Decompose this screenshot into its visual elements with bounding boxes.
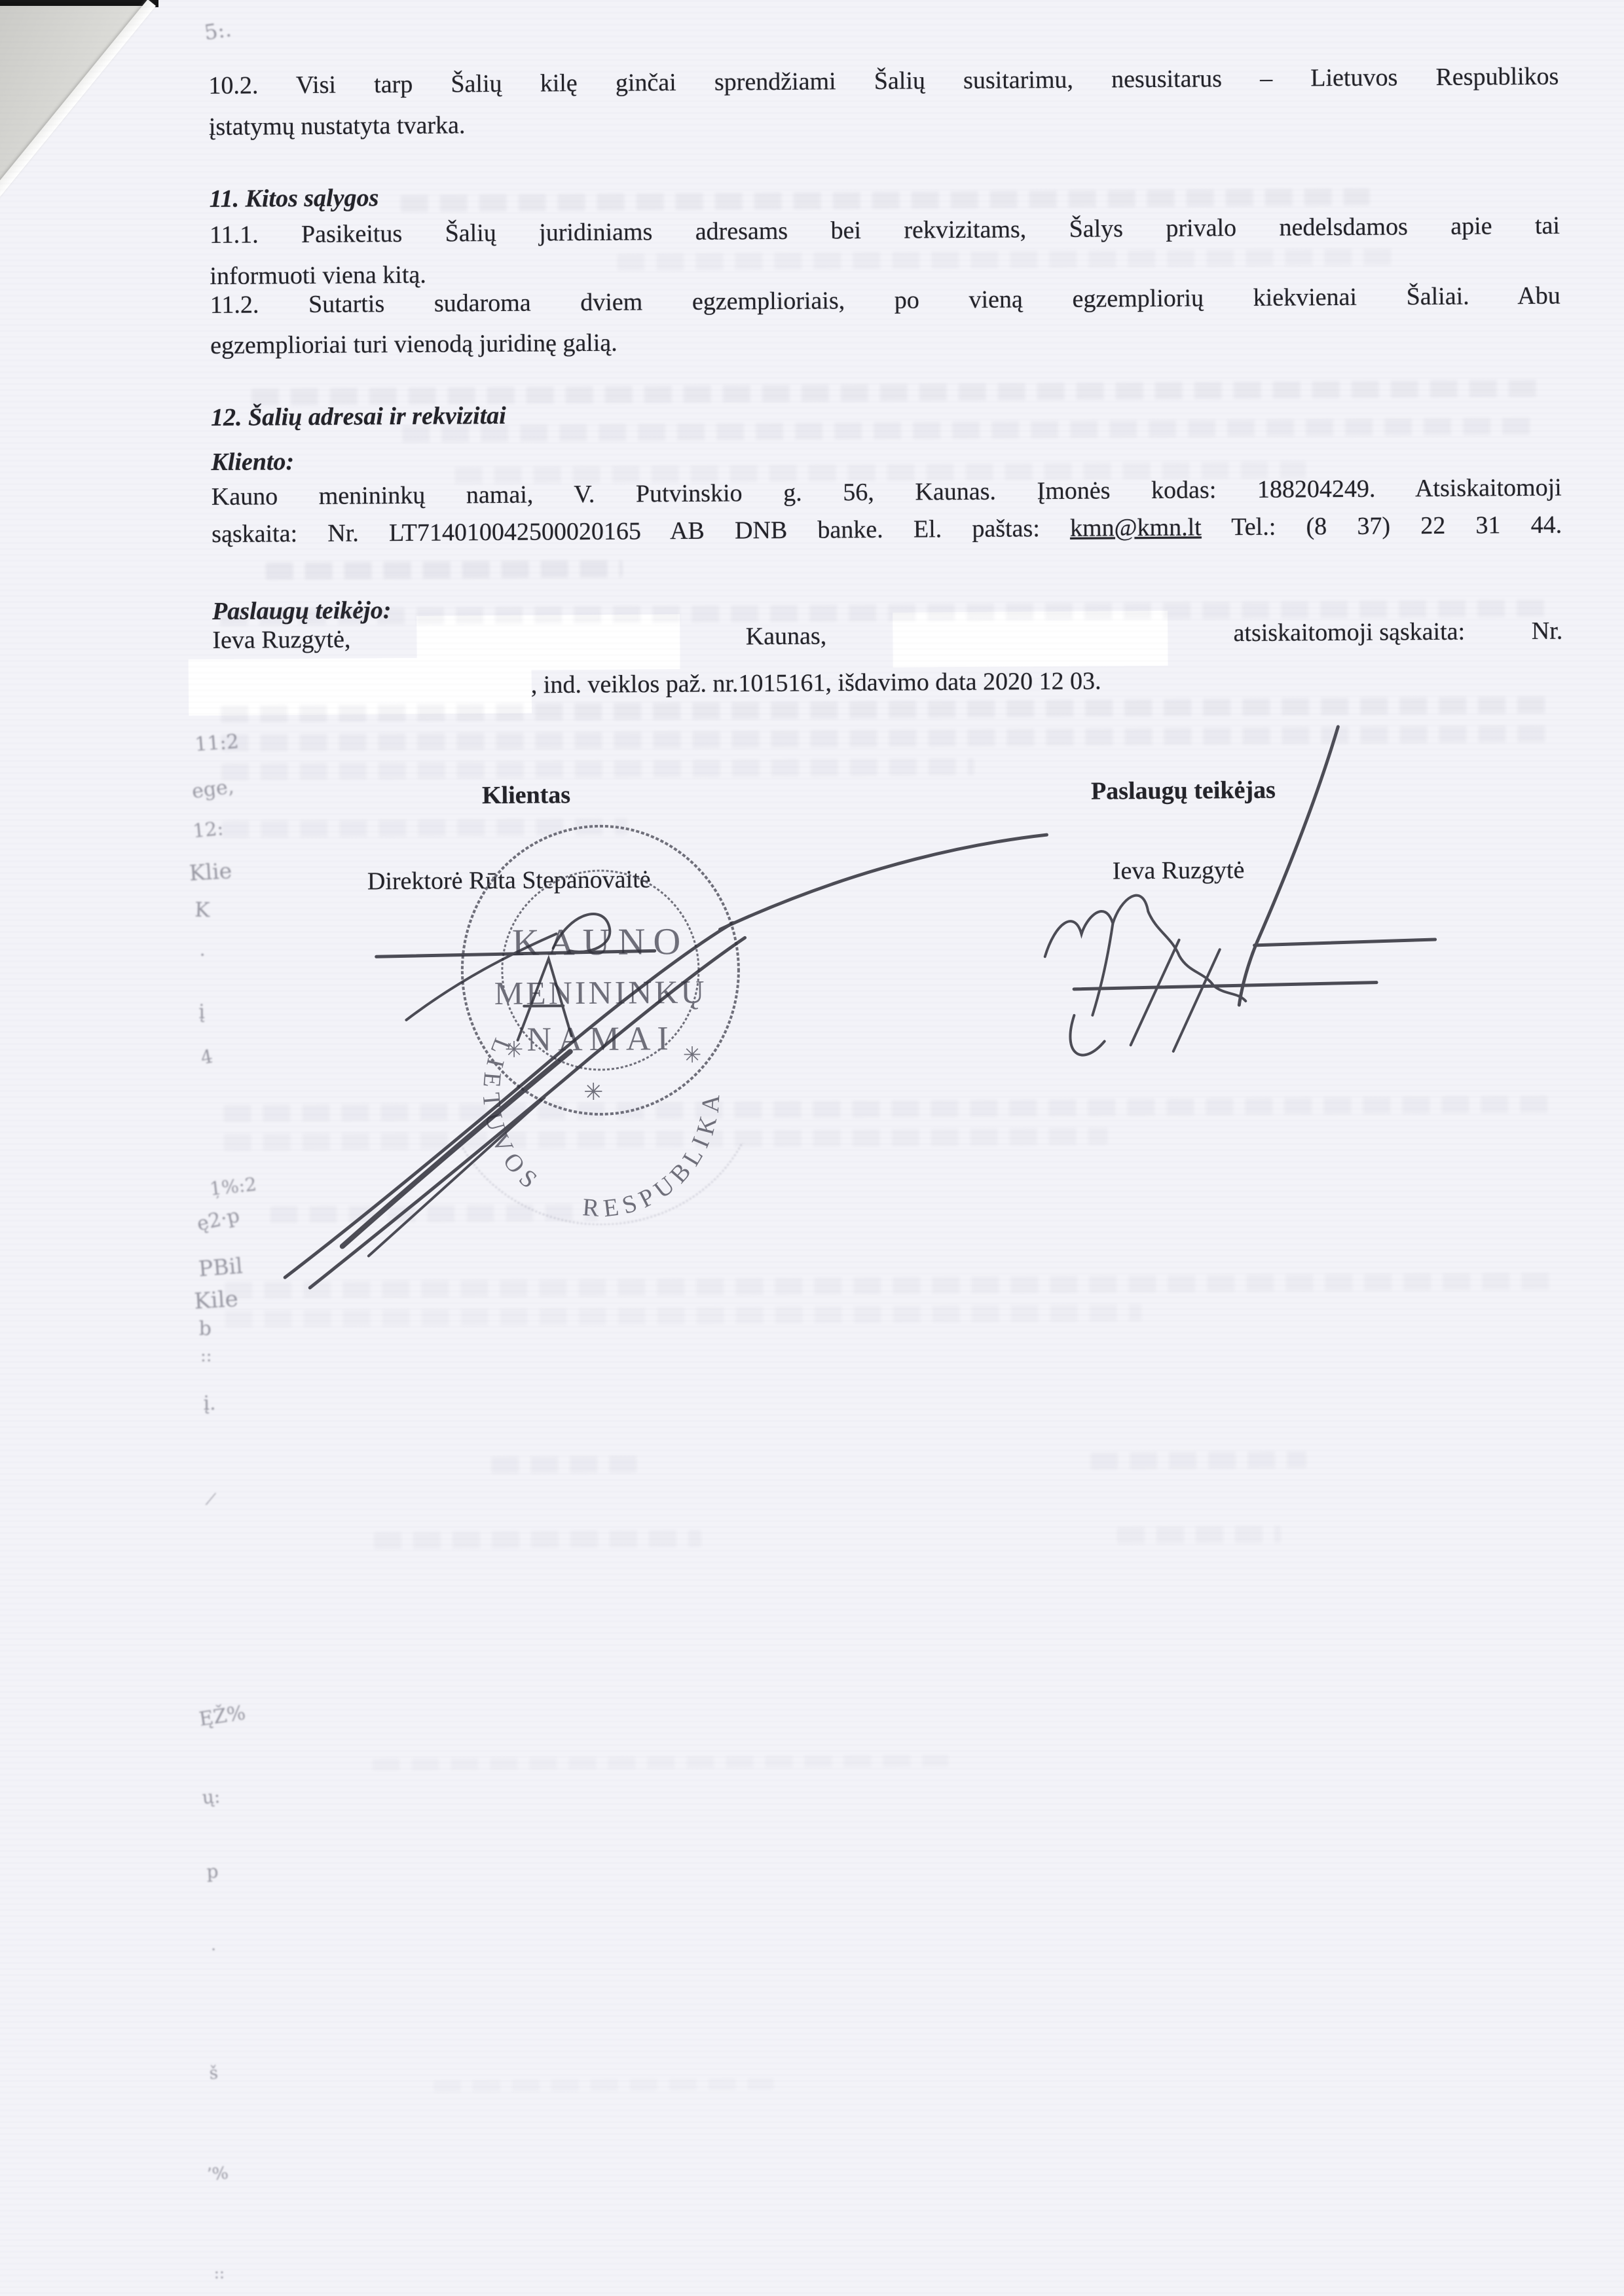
ink-offset-fragment: Kile: [193, 1286, 239, 1315]
bleed-through-text: [434, 2078, 774, 2092]
ink-offset-fragment: b: [199, 1317, 212, 1340]
bleed-through-text: [374, 1530, 701, 1549]
ink-offset-fragment: š: [209, 2064, 219, 2084]
bleed-through-text: [1117, 1526, 1281, 1544]
ink-offset-fragment: ::: [214, 2264, 225, 2282]
ink-offset-fragment: p: [206, 1861, 219, 1883]
ink-offset-fragment: Klie: [189, 858, 232, 886]
stamp-separator-left-icon: ✳: [505, 1038, 524, 1063]
ink-offset-fragment: K: [194, 898, 210, 922]
ink-offset-fragment: ::: [200, 1346, 212, 1366]
ink-offset-fragment: 12:: [192, 817, 225, 842]
bleed-through-text: [491, 1455, 648, 1474]
ink-offset-fragment: PBil: [198, 1252, 244, 1281]
bleed-through-text: [1090, 1451, 1306, 1469]
document-content: 10.2. Visi tarp Šalių kilę ginčai sprend…: [0, 0, 1624, 2296]
ink-offset-fragment: ʼ%: [206, 2163, 229, 2185]
bleed-through-text: [266, 560, 623, 580]
ink-offset-fragment: į: [198, 1000, 205, 1023]
stamp-separator-right-icon: ✳: [683, 1044, 702, 1068]
ink-offset-fragment: ·: [211, 1941, 216, 1959]
bleed-through-text: [221, 818, 627, 838]
ink-offset-fragment: ·: [200, 944, 206, 966]
stamp-separator-bottom-icon: ✳: [583, 1079, 603, 1105]
ink-offset-fragment: 5:.: [202, 16, 232, 45]
scanned-contract-page: 10.2. Visi tarp Šalių kilę ginčai sprend…: [0, 0, 1624, 2296]
ink-offset-fragment: ų:: [201, 1785, 221, 1808]
ink-offset-fragment: ⟋: [205, 1490, 216, 1508]
stamp-center-line3: NAMAI: [526, 1020, 675, 1059]
provider-signature: [1043, 726, 1435, 1055]
ink-offset-fragment: į.: [203, 1392, 215, 1415]
ink-offset-fragment: 11:2: [194, 730, 240, 756]
